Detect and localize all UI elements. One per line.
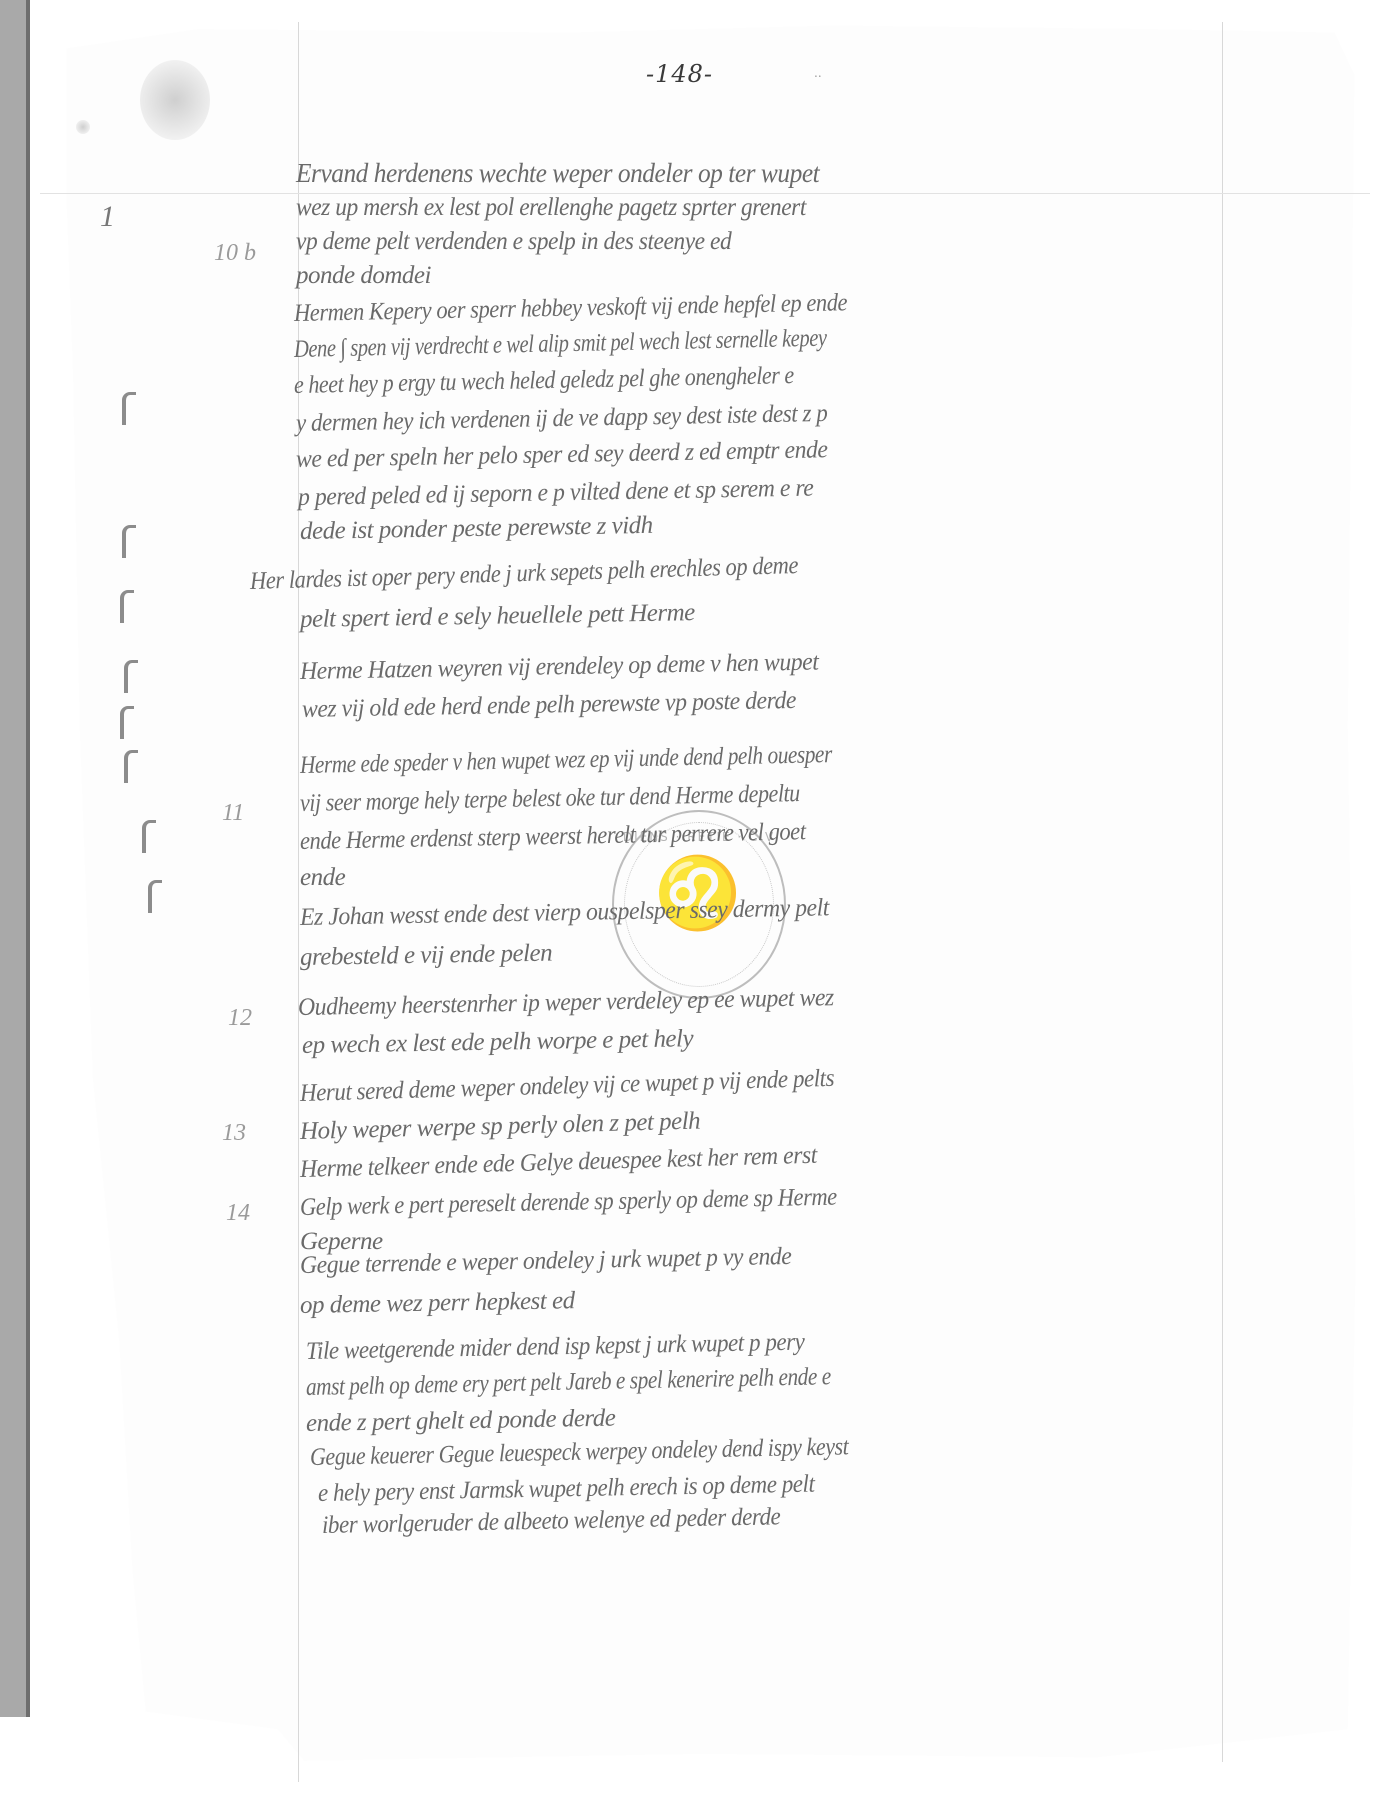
margin-mark: 1 [100,200,115,234]
folio-dots: .. [814,66,822,80]
margin-number: 11 [222,800,244,827]
manuscript-line: ende [300,864,345,892]
manuscript-line: wez up mersh ex lest pol erellenghe page… [296,194,806,222]
margin-paragraph-mark [148,880,162,913]
scan-binding-strip [0,0,26,1717]
stain [76,120,90,134]
margin-paragraph-mark [142,820,156,853]
margin-number: 14 [226,1200,250,1227]
manuscript-line: op deme wez perr hepkest ed [300,1287,575,1320]
margin-paragraph-mark [120,590,134,623]
manuscript-line: vp deme pelt verdenden e spelp in des st… [296,228,731,256]
ruling-line-right [1222,22,1223,1762]
margin-number: 12 [228,1005,252,1032]
manuscript-line: ponde domdei [296,262,431,290]
folio-number: -148- [646,60,713,88]
scan-binding-edge [26,0,30,1717]
margin-number: 10 b [214,240,256,267]
margin-paragraph-mark [122,392,136,425]
manuscript-line: Ervand herdenens wechte weper ondeler op… [296,158,819,189]
stain [140,60,210,140]
margin-paragraph-mark [122,525,136,558]
margin-number: 13 [222,1120,246,1147]
manuscript-line: ende z pert ghelt ed ponde derde [306,1405,616,1438]
margin-paragraph-mark [120,706,134,739]
manuscript-line: grebesteld e vij ende pelen [300,940,553,972]
margin-paragraph-mark [124,660,138,693]
margin-paragraph-mark [124,750,138,783]
